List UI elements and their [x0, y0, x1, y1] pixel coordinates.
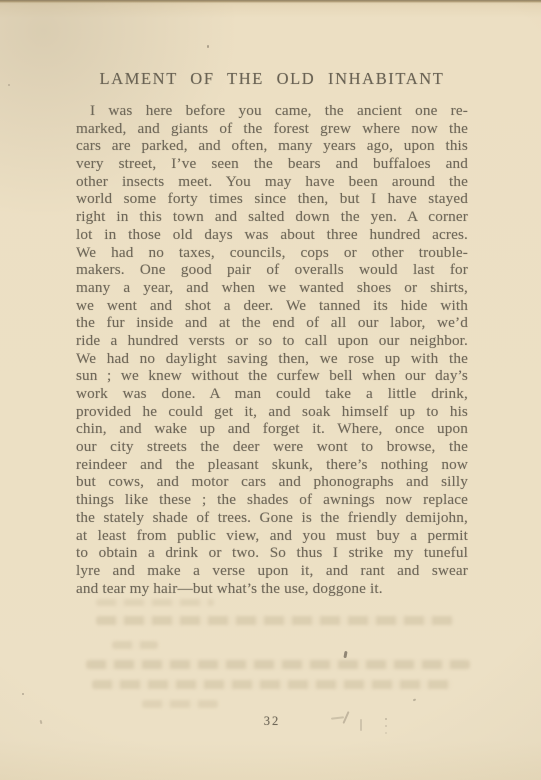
text-line: to obtain a drink or two. So thus I stri…	[76, 544, 468, 562]
text-line: reindeer and the pleasant skunk, there’s…	[76, 456, 468, 474]
text-line: and tear my hair—but what’s the use, dog…	[76, 580, 468, 598]
text-line: marked, and giants of the forest grew wh…	[76, 120, 468, 138]
ink-speck	[40, 720, 43, 724]
text-line: at least from public view, and you must …	[76, 527, 468, 545]
text-line: things like these ; the shades of awning…	[76, 491, 468, 509]
text-line: lyre and make a verse upon it, and rant …	[76, 562, 468, 580]
text-line: I was here before you came, the ancient …	[76, 102, 468, 120]
bleedthrough-text	[86, 660, 470, 669]
text-line: provided he could get it, and soak himse…	[76, 403, 468, 421]
text-line: lot in those old days was about three hu…	[76, 226, 468, 244]
text-line: world some forty times since then, but I…	[76, 190, 468, 208]
bleedthrough-text	[92, 680, 452, 689]
bleedthrough-text	[112, 641, 158, 649]
text-line: makers. One good pair of overalls would …	[76, 261, 468, 279]
book-page-scan: LAMENT OF THE OLD INHABITANT I was here …	[0, 0, 541, 780]
text-line: the stately shade of trees. Gone is the …	[76, 509, 468, 527]
text-line: We had no daylight saving then, we rose …	[76, 350, 468, 368]
bleedthrough-text	[96, 616, 454, 625]
ink-speck	[8, 84, 10, 86]
bleedthrough-text	[96, 599, 214, 606]
text-line: chin, and wake up and forget it. Where, …	[76, 420, 468, 438]
text-line: cars are parked, and often, many years a…	[76, 137, 468, 155]
text-line: We had no taxes, councils, cops or other…	[76, 244, 468, 262]
bleedthrough-text	[142, 700, 218, 708]
text-line: ride a hundred versts or so to call upon…	[76, 332, 468, 350]
scan-top-edge	[0, 0, 541, 3]
text-line: right in this town and salted down the y…	[76, 208, 468, 226]
ink-speck	[413, 699, 416, 702]
text-line: other insects meet. You may have been ar…	[76, 173, 468, 191]
text-line: sun ; we knew without the curfew bell wh…	[76, 367, 468, 385]
text-line: our city streets the deer were wont to b…	[76, 438, 468, 456]
text-line: the fur inside and at the end of all our…	[76, 314, 468, 332]
page-title: LAMENT OF THE OLD INHABITANT	[76, 69, 468, 89]
body-text: I was here before you came, the ancient …	[76, 102, 468, 597]
text-line: many a year, and when we wanted shoes or…	[76, 279, 468, 297]
text-line: but cows, and motor cars and phonographs…	[76, 473, 468, 491]
text-line: work was done. A man could take a little…	[76, 385, 468, 403]
ink-speck	[207, 45, 209, 48]
text-line: we went and shot a deer. We tanned its h…	[76, 297, 468, 315]
ink-speck	[343, 651, 347, 658]
page-number: 32	[76, 714, 468, 729]
ink-speck	[22, 693, 24, 695]
text-line: very street, I’ve seen the bears and buf…	[76, 155, 468, 173]
